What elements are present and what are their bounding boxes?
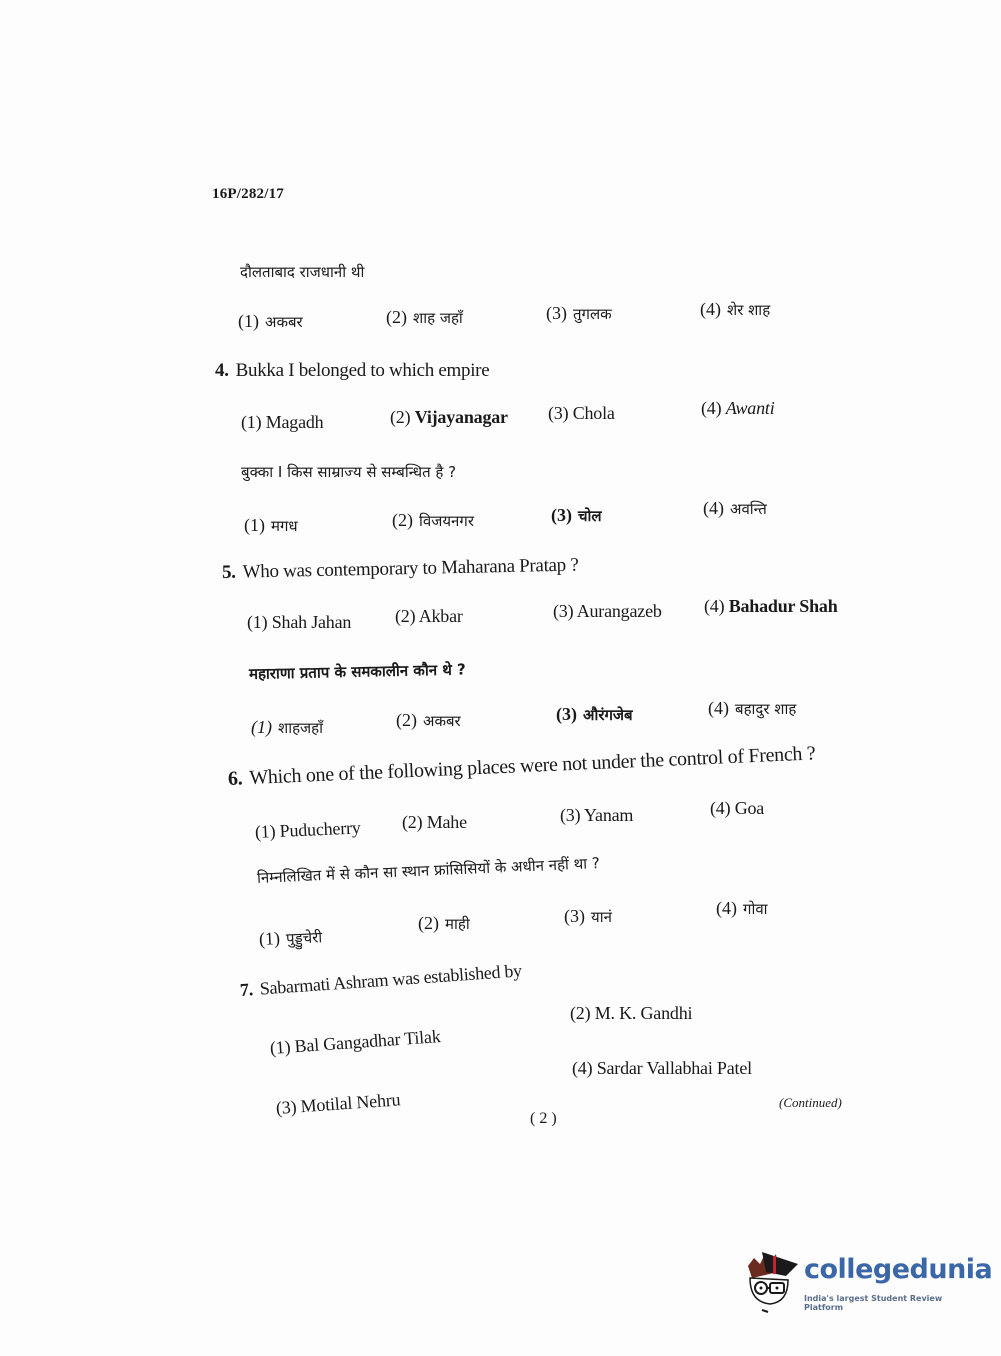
q4-hindi-option-4: (4)अवन्ति xyxy=(703,498,767,519)
paper-code: 16P/282/17 xyxy=(212,186,284,203)
q6-hindi-option-1: (1)पुड्डुचेरी xyxy=(259,926,323,950)
q6-option-2: (2) Mahe xyxy=(402,812,467,833)
continued-label: (Continued) xyxy=(779,1095,842,1111)
q7-question: 7.Sabarmati Ashram was established by xyxy=(239,960,522,1001)
q5-hindi-option-1: (1)शाहजहाँ xyxy=(251,717,323,738)
q7-option-1: (1) Bal Gangadhar Tilak xyxy=(269,1026,441,1059)
q7-option-4: (4) Sardar Vallabhai Patel xyxy=(572,1058,752,1079)
q3-hindi-question: दौलताबाद राजधानी थी xyxy=(240,262,364,282)
mascot-icon xyxy=(742,1248,804,1314)
q4-option-4: (4) Awanti xyxy=(701,398,775,419)
q3-hindi-option-4: (4)शेर शाह xyxy=(700,299,770,320)
q6-hindi-question: निम्नलिखित में से कौन सा स्थान फ्रांसिसि… xyxy=(257,853,601,888)
q5-question: 5.Who was contemporary to Maharana Prata… xyxy=(222,555,579,584)
exam-page: 16P/282/17 दौलताबाद राजधानी थी (1)अकबर (… xyxy=(0,0,1001,1356)
q5-option-4: (4) Bahadur Shah xyxy=(704,596,838,617)
q4-option-2: (2) Vijayanagar xyxy=(390,407,508,428)
q3-hindi-option-3: (3)तुगलक xyxy=(546,303,612,324)
collegedunia-logo: collegedunia .com India's largest Studen… xyxy=(742,1248,972,1318)
q6-option-3: (3) Yanam xyxy=(560,805,633,826)
q5-option-3: (3) Aurangazeb xyxy=(553,601,662,622)
q6-hindi-option-4: (4)गोवा xyxy=(716,898,768,919)
q3-hindi-option-2: (2)शाह जहाँ xyxy=(386,307,463,328)
q4-hindi-option-3: (3)चोल xyxy=(551,505,602,526)
q5-hindi-option-4: (4)बहादुर शाह xyxy=(708,698,796,719)
q5-hindi-option-2: (2)अकबर xyxy=(396,710,461,731)
q4-hindi-question: बुक्का I किस साम्राज्य से सम्बन्धित है ? xyxy=(241,462,456,482)
brand-tagline: India's largest Student Review Platform xyxy=(804,1294,972,1312)
q4-hindi-option-2: (2)विजयनगर xyxy=(392,510,474,531)
q7-option-2: (2) M. K. Gandhi xyxy=(570,1003,692,1024)
q6-option-4: (4) Goa xyxy=(710,798,764,819)
q5-hindi-option-3: (3)औरंगजेब xyxy=(556,704,633,725)
q5-option-2: (2) Akbar xyxy=(395,606,463,627)
q6-option-1: (1) Puducherry xyxy=(255,817,362,843)
q7-option-3: (3) Motilal Nehru xyxy=(275,1089,401,1119)
q4-option-3: (3) Chola xyxy=(548,403,615,424)
q5-option-1: (1) Shah Jahan xyxy=(247,612,351,633)
q6-question: 6.Which one of the following places were… xyxy=(227,742,815,791)
q4-hindi-option-1: (1)मगध xyxy=(244,515,298,536)
q6-hindi-option-3: (3)यानं xyxy=(564,906,612,927)
q4-question: 4.Bukka I belonged to which empire xyxy=(215,360,489,382)
page-number: ( 2 ) xyxy=(530,1110,557,1128)
q3-hindi-option-1: (1)अकबर xyxy=(238,311,303,332)
q5-hindi-question: महाराणा प्रताप के समकालीन कौन थे ? xyxy=(249,659,466,684)
q4-option-1: (1) Magadh xyxy=(241,412,324,433)
q6-hindi-option-2: (2)माही xyxy=(418,913,470,934)
brand-suffix: .com xyxy=(958,1262,965,1277)
